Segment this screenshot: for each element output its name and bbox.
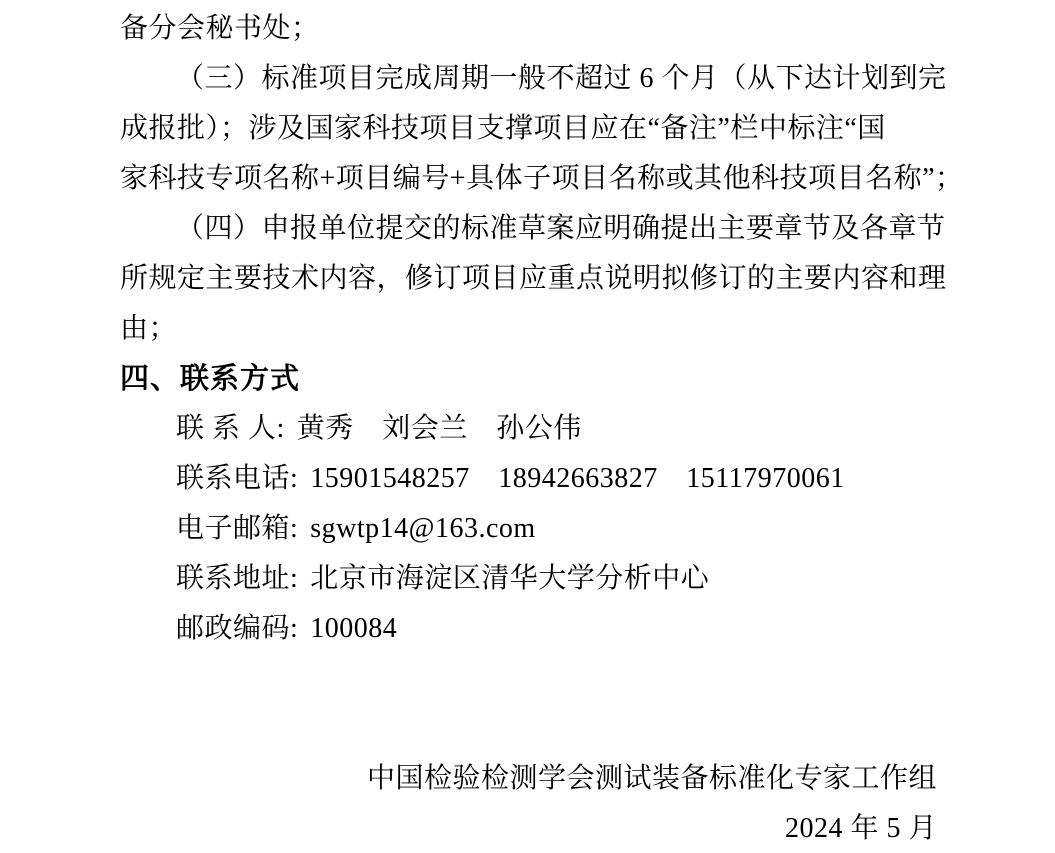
body-line: 家科技专项名称+项目编号+具体子项目名称或其他科技项目名称”； (120, 154, 937, 204)
body-line: 成报批）；涉及国家科技项目支撑项目应在“备注”栏中标注“国 (120, 104, 937, 154)
signature-line: 中国检验检测学会测试装备标准化专家工作组 (120, 754, 937, 804)
blank-space (120, 654, 937, 754)
body-line: 所规定主要技术内容，修订项目应重点说明拟修订的主要内容和理 (120, 254, 937, 304)
contact-label: 联系电话: (176, 463, 298, 494)
contact-value: 黄秀 刘会兰 孙公伟 (297, 413, 582, 444)
body-line: 备分会秘书处； (120, 4, 937, 54)
contact-row-email: 电子邮箱:sgwtp14@163.com (120, 504, 937, 554)
section-heading: 四、联系方式 (120, 354, 937, 404)
contact-label: 电子邮箱: (176, 513, 298, 544)
contact-value: 15901548257 18942663827 15117970061 (310, 463, 844, 494)
document-page: 备分会秘书处； （三）标准项目完成周期一般不超过 6 个月（从下达计划到完 成报… (0, 0, 1055, 853)
contact-value: sgwtp14@163.com (310, 513, 535, 544)
contact-label: 联系地址: (176, 563, 298, 594)
date-line: 2024 年 5 月 (120, 804, 937, 853)
contact-label: 邮政编码: (176, 613, 298, 644)
page-content: 备分会秘书处； （三）标准项目完成周期一般不超过 6 个月（从下达计划到完 成报… (0, 0, 1055, 853)
contact-row-address: 联系地址:北京市海淀区清华大学分析中心 (120, 554, 937, 604)
contact-value: 100084 (310, 613, 397, 644)
contact-row-person: 联 系 人:黄秀 刘会兰 孙公伟 (120, 404, 937, 454)
body-line: （三）标准项目完成周期一般不超过 6 个月（从下达计划到完 (120, 54, 937, 104)
contact-row-phone: 联系电话:15901548257 18942663827 15117970061 (120, 454, 937, 504)
body-line: 由； (120, 304, 937, 354)
contact-row-postcode: 邮政编码:100084 (120, 604, 937, 654)
contact-label: 联 系 人: (176, 413, 285, 444)
contact-value: 北京市海淀区清华大学分析中心 (310, 563, 709, 594)
body-line: （四）申报单位提交的标准草案应明确提出主要章节及各章节 (120, 204, 937, 254)
